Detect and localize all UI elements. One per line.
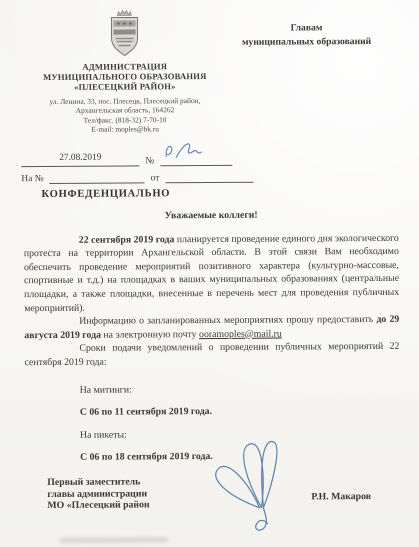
number-label: №: [145, 156, 154, 166]
event-date-bold: 22 сентября 2019 года: [79, 234, 175, 246]
recipient-block: Главам муниципальных образований: [210, 21, 402, 50]
reply-number-blank: [50, 169, 145, 184]
from-label: от: [151, 173, 160, 183]
paragraph-text: Информацию о запланированных мероприятия…: [79, 314, 376, 327]
org-name-line: «ПЛЕСЕЦКИЙ РАЙОН»: [17, 81, 233, 92]
body-paragraph-2: Информацию о запланированных мероприятия…: [24, 313, 399, 342]
recipient-line: муниципальных образований: [211, 35, 403, 50]
reference-block: 27.08.2019 № На № от: [21, 148, 301, 184]
confidential-stamp: КОНФЕДЕНЦИАЛЬНО: [41, 188, 170, 200]
paragraph-text: на электронную почту: [101, 329, 199, 341]
meetings-label: На митинги:: [80, 381, 400, 397]
reply-to-row: На № от: [21, 165, 301, 184]
recipient-line: Главам: [210, 21, 402, 36]
reply-label: На №: [21, 174, 43, 184]
letter-date: 27.08.2019: [21, 152, 139, 167]
signer-title: Первый заместитель главы администрации М…: [47, 476, 149, 511]
letterhead: АДМИНИСТРАЦИЯ МУНИЦИПАЛЬНОГО ОБРАЗОВАНИЯ…: [16, 8, 233, 135]
handwritten-signature-icon: [197, 437, 298, 536]
org-address-line: E-mail: moples@bk.ru: [17, 124, 233, 135]
signer-title-line: главы администрации: [47, 488, 149, 500]
letter-content: АДМИНИСТРАЦИЯ МУНИЦИПАЛЬНОГО ОБРАЗОВАНИЯ…: [0, 0, 419, 547]
meetings-dates: С 06 по 11 сентября 2019 года.: [80, 404, 400, 420]
reply-date-blank: [165, 169, 253, 184]
org-name-line: МУНИЦИПАЛЬНОГО ОБРАЗОВАНИЯ: [17, 71, 233, 82]
signer-title-line: МО «Плесецкий район: [47, 500, 149, 512]
signer-title-line: Первый заместитель: [47, 476, 149, 488]
signer-name: Р.Н. Макаров: [311, 491, 371, 502]
letter-number-blank: [160, 152, 232, 166]
scanned-letter-page: АДМИНИСТРАЦИЯ МУНИЦИПАЛЬНОГО ОБРАЗОВАНИЯ…: [0, 0, 419, 547]
handwritten-number-scribble-icon: [162, 140, 210, 162]
email-address: ooramoples@mail.ru: [199, 328, 282, 340]
org-address: ул. Ленина, 33, пос. Плесецк, Плесецкий …: [17, 96, 233, 135]
org-name: АДМИНИСТРАЦИЯ МУНИЦИПАЛЬНОГО ОБРАЗОВАНИЯ…: [17, 61, 233, 92]
scan-artifact: [60, 537, 168, 543]
date-number-row: 27.08.2019 №: [21, 148, 301, 167]
salutation: Уважаемые коллеги!: [24, 208, 399, 224]
coat-of-arms-icon: [104, 8, 144, 58]
body-paragraph-1: 22 сентября 2019 года планируется провед…: [24, 231, 399, 315]
letter-body: Уважаемые коллеги! 22 сентября 2019 года…: [24, 208, 401, 465]
body-paragraph-3: Сроки подачи уведомлений о проведении пу…: [24, 340, 399, 369]
